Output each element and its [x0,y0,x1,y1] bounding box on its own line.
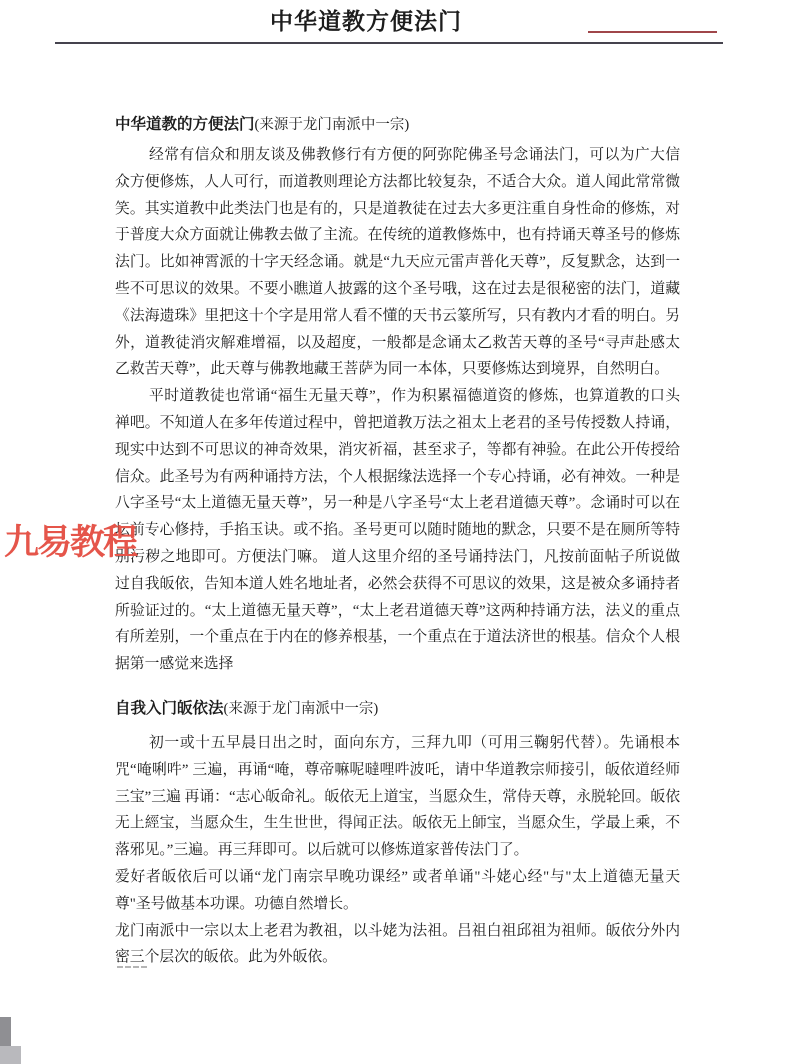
section-heading-fangbian-famen: 中华道教的方便法门(来源于龙门南派中一宗) [115,114,680,136]
section-heading-bold-text: 中华道教的方便法门 [115,116,255,133]
section-heading-bold-text: 自我入门皈依法 [115,700,224,717]
header-rule-line [55,42,723,44]
corner-gray-bar-light [0,1046,21,1064]
section-heading-guiyifa: 自我入门皈依法(来源于龙门南派中一宗) [115,698,680,720]
section-heading-source-note: (来源于龙门南派中一宗) [255,117,410,133]
paragraph: 平时道教徒也常诵“福生无量天尊”，作为积累福德道资的修炼，也算道教的口头禅吧。不… [115,383,680,678]
paragraph: 龙门南派中一宗以太上老君为教祖，以斗姥为法祖。吕祖白祖邱祖为祖师。皈依分外内密三… [115,918,680,972]
watermark-text: 九易教程 [4,515,136,565]
title-accent-red-line [588,31,717,33]
page-title: 中华道教方便法门 [270,3,462,36]
stray-mark-artifact [117,958,147,968]
section-heading-source-note: (来源于龙门南派中一宗) [224,701,379,717]
paragraph: 经常有信众和朋友谈及佛教修行有方便的阿弥陀佛圣号念诵法门，可以为广大信众方便修炼… [115,142,680,383]
document-body: 中华道教的方便法门(来源于龙门南派中一宗) 经常有信众和朋友谈及佛教修行有方便的… [115,114,680,971]
paragraph: 初一或十五早晨日出之时，面向东方，三拜九叩（可用三鞠躬代替）。先诵根本咒“唵唎吽… [115,730,680,864]
document-page: 中华道教方便法门 中华道教的方便法门(来源于龙门南派中一宗) 经常有信众和朋友谈… [0,0,794,1064]
paragraph: 爱好者皈依后可以诵“龙门南宗早晚功课经” 或者单诵"斗姥心经"与"太上道德无量天… [115,864,680,918]
